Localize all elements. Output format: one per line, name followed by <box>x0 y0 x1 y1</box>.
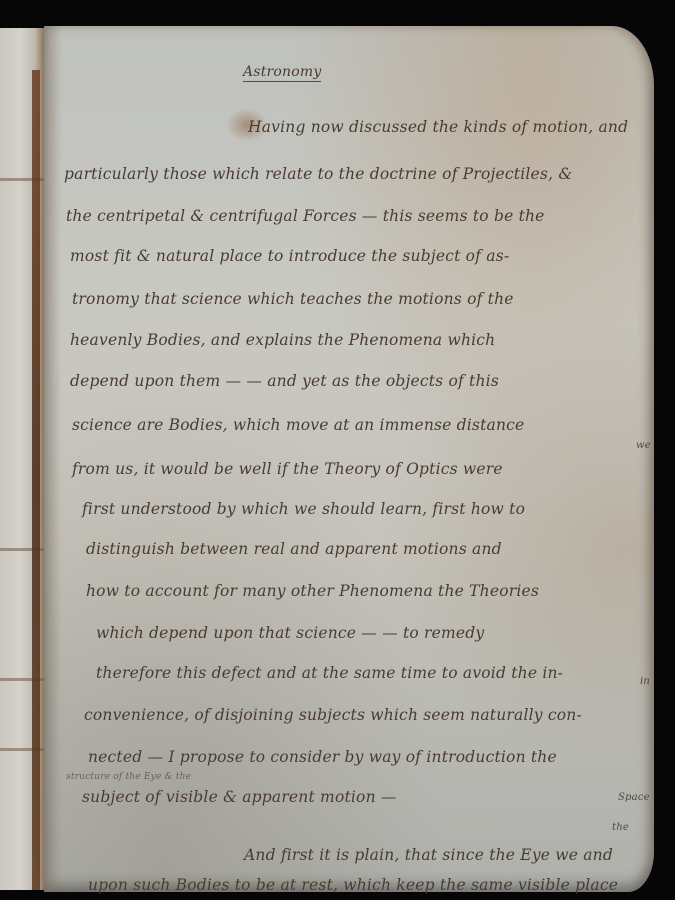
text-line: upon such Bodies to be at rest, which ke… <box>88 876 618 894</box>
margin-note: we <box>636 440 651 451</box>
text-line: And first it is plain, that since the Ey… <box>244 846 613 864</box>
margin-note: Space <box>618 792 650 803</box>
text-line: distinguish between real and apparent mo… <box>86 540 502 558</box>
margin-note: the <box>612 822 629 833</box>
text-line: which depend upon that science — — to re… <box>96 624 484 642</box>
text-line: science are Bodies, which move at an imm… <box>72 416 524 434</box>
text-line: subject of visible & apparent motion — <box>82 788 397 806</box>
interlinear-insertion: structure of the Eye & the <box>66 772 191 782</box>
text-line: Having now discussed the kinds of motion… <box>248 118 628 136</box>
page-title: Astronomy <box>243 64 321 82</box>
text-line: particularly those which relate to the d… <box>64 165 572 183</box>
text-line: from us, it would be well if the Theory … <box>72 460 503 478</box>
text-line: how to account for many other Phenomena … <box>86 582 539 600</box>
page-edge-shadow <box>44 26 62 892</box>
text-line: convenience, of disjoining subjects whic… <box>84 706 582 724</box>
binding-spine <box>32 70 40 890</box>
text-line: the centripetal & centrifugal Forces — t… <box>66 207 545 225</box>
text-line: first understood by which we should lear… <box>82 500 525 518</box>
text-line: depend upon them — — and yet as the obje… <box>70 372 499 390</box>
text-line: tronomy that science which teaches the m… <box>72 290 514 308</box>
text-line: heavenly Bodies, and explains the Phenom… <box>70 331 495 349</box>
text-line: nected — I propose to consider by way of… <box>88 748 557 766</box>
text-line: therefore this defect and at the same ti… <box>96 664 563 682</box>
text-line: most fit & natural place to introduce th… <box>70 247 509 265</box>
margin-note: in <box>640 676 650 687</box>
photo-scene: Astronomy Having now discussed the kinds… <box>0 0 675 900</box>
